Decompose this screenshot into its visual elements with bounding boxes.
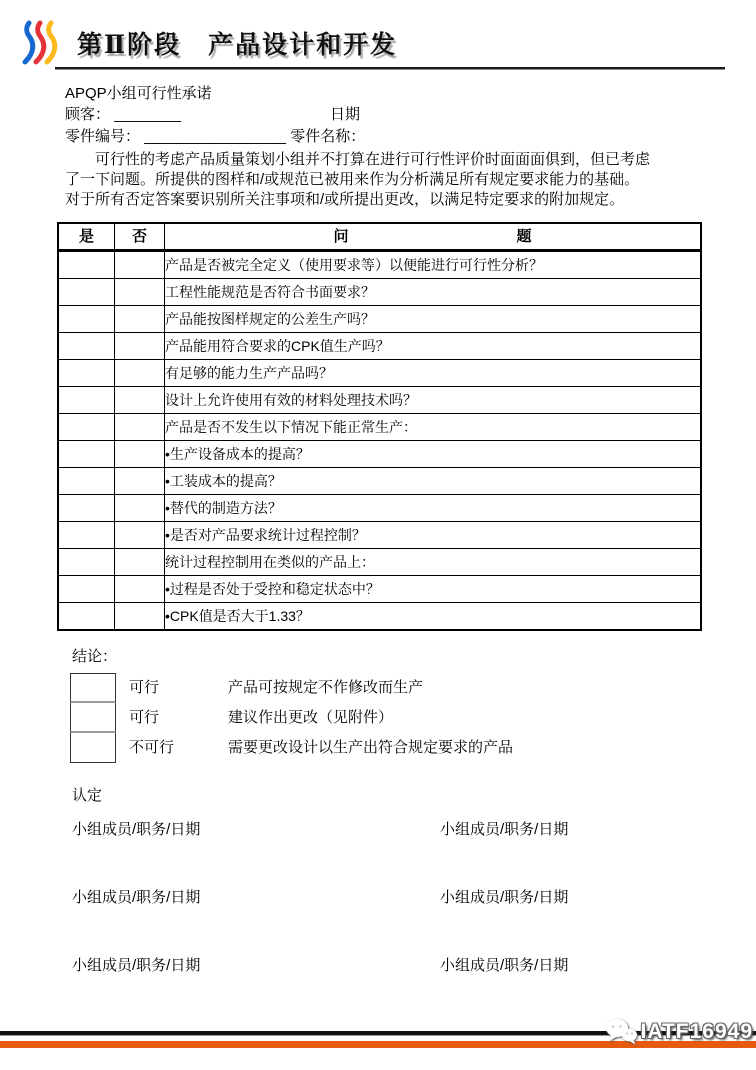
part-number-label: 零件编号： [65, 128, 140, 145]
header: 第Ⅱ阶段 产品设计和开发 [22, 20, 397, 66]
signature-field[interactable]: 小组成员/职务/日期 [65, 820, 440, 840]
no-cell[interactable] [115, 603, 165, 631]
question-text: 产品能按图样规定的公差生产吗？ [165, 306, 702, 333]
yes-cell[interactable] [58, 576, 115, 603]
page-title: 第Ⅱ阶段 产品设计和开发 [77, 25, 397, 61]
form-subtitle: APQP小组可行性承诺 [65, 84, 725, 104]
not-feasible-checkbox[interactable] [70, 733, 116, 763]
option-label: 可行 [116, 678, 228, 698]
yes-cell[interactable] [58, 603, 115, 631]
question-text: •CPK值是否大于1.33？ [165, 603, 702, 631]
question-text: 工程性能规范是否符合书面要求？ [165, 279, 702, 306]
feasibility-checklist-table: 是 否 问 题 产品是否被完全定义（使用要求等）以便能进行可行性分析？ 工程性能… [57, 222, 702, 631]
option-description: 建议作出更改（见附件） [228, 708, 393, 728]
conclusion-options: 可行 产品可按规定不作修改而生产 可行 建议作出更改（见附件） 不可行 需要更改… [70, 673, 725, 763]
no-cell[interactable] [115, 468, 165, 495]
question-header-left: 问 [333, 227, 348, 247]
intro-line-3: 对于所有否定答案要识别所关注事项和/或所提出更改，以满足特定要求的附加规定。 [65, 190, 725, 210]
yes-cell[interactable] [58, 387, 115, 414]
no-cell[interactable] [115, 306, 165, 333]
no-cell[interactable] [115, 549, 165, 576]
conclusion-option: 可行 建议作出更改（见附件） [70, 703, 725, 733]
option-label: 不可行 [116, 738, 228, 758]
signature-row: 小组成员/职务/日期 小组成员/职务/日期 [65, 956, 725, 976]
question-text: 统计过程控制用在类似的产品上： [165, 549, 702, 576]
no-cell[interactable] [115, 414, 165, 441]
date-label: 日期 [330, 104, 360, 126]
yes-cell[interactable] [58, 468, 115, 495]
table-row: 工程性能规范是否符合书面要求？ [58, 279, 701, 306]
question-text: •工装成本的提高？ [165, 468, 702, 495]
signature-row: 小组成员/职务/日期 小组成员/职务/日期 [65, 888, 725, 908]
no-cell[interactable] [115, 495, 165, 522]
table-row: •CPK值是否大于1.33？ [58, 603, 701, 631]
signature-row: 小组成员/职务/日期 小组成员/职务/日期 [65, 820, 725, 840]
yes-cell[interactable] [58, 441, 115, 468]
question-text: 产品是否被完全定义（使用要求等）以便能进行可行性分析？ [165, 251, 702, 279]
feasible-checkbox[interactable] [70, 673, 116, 703]
table-header-row: 是 否 问 题 [58, 223, 701, 251]
option-description: 产品可按规定不作修改而生产 [228, 678, 423, 698]
question-header-right: 题 [517, 227, 532, 247]
table-row: 产品是否被完全定义（使用要求等）以便能进行可行性分析？ [58, 251, 701, 279]
intro-line-1: 可行性的考虑产品质量策划小组并不打算在进行可行性评价时面面面俱到，但已考虑 [65, 150, 725, 170]
table-row: 有足够的能力生产产品吗？ [58, 360, 701, 387]
question-column-header: 问 题 [165, 223, 702, 251]
yes-cell[interactable] [58, 549, 115, 576]
signature-field[interactable]: 小组成员/职务/日期 [65, 888, 440, 908]
table-row: 统计过程控制用在类似的产品上： [58, 549, 701, 576]
part-number-blank-field[interactable]: _________________ [144, 128, 286, 145]
question-text: •生产设备成本的提高？ [165, 441, 702, 468]
signature-field[interactable]: 小组成员/职务/日期 [440, 888, 568, 908]
no-cell[interactable] [115, 522, 165, 549]
yes-cell[interactable] [58, 495, 115, 522]
intro-line-2: 了一下问题。所提供的图样和/或规范已被用来作为分析满足所有规定要求能力的基础。 [65, 170, 725, 190]
part-name-label: 零件名称： [290, 128, 365, 145]
table-row: 设计上允许使用有效的材料处理技术吗？ [58, 387, 701, 414]
question-text: •是否对产品要求统计过程控制？ [165, 522, 702, 549]
yes-cell[interactable] [58, 522, 115, 549]
table-row: •替代的制造方法？ [58, 495, 701, 522]
yes-cell[interactable] [58, 251, 115, 279]
wechat-icon [604, 1017, 638, 1046]
question-text: 产品能用符合要求的CPK值生产吗？ [165, 333, 702, 360]
no-cell[interactable] [115, 576, 165, 603]
customer-label: 顾客： [65, 106, 110, 123]
conclusion-option: 不可行 需要更改设计以生产出符合规定要求的产品 [70, 733, 725, 763]
yes-cell[interactable] [58, 306, 115, 333]
certification-label: 认定 [72, 786, 725, 806]
customer-blank-field[interactable]: ________ [114, 106, 181, 123]
watermark-text: IATF16949 [641, 1020, 754, 1044]
yes-cell[interactable] [58, 279, 115, 306]
question-text: •替代的制造方法？ [165, 495, 702, 522]
no-cell[interactable] [115, 333, 165, 360]
signature-field[interactable]: 小组成员/职务/日期 [440, 956, 568, 976]
option-description: 需要更改设计以生产出符合规定要求的产品 [228, 738, 513, 758]
no-cell[interactable] [115, 387, 165, 414]
conclusion-option: 可行 产品可按规定不作修改而生产 [70, 673, 725, 703]
brand-logo-icon [22, 20, 62, 66]
header-divider [55, 67, 725, 69]
no-cell[interactable] [115, 441, 165, 468]
option-label: 可行 [116, 708, 228, 728]
conclusion-label: 结论： [72, 647, 725, 667]
table-row: 产品是否不发生以下情况下能正常生产： [58, 414, 701, 441]
yes-cell[interactable] [58, 414, 115, 441]
table-row: •生产设备成本的提高？ [58, 441, 701, 468]
table-row: 产品能用符合要求的CPK值生产吗？ [58, 333, 701, 360]
signature-field[interactable]: 小组成员/职务/日期 [65, 956, 440, 976]
yes-cell[interactable] [58, 333, 115, 360]
table-row: •是否对产品要求统计过程控制？ [58, 522, 701, 549]
customer-line: 顾客： ________ 日期 [65, 104, 725, 126]
intro-paragraph: 可行性的考虑产品质量策划小组并不打算在进行可行性评价时面面面俱到，但已考虑 了一… [65, 150, 725, 210]
yes-column-header: 是 [58, 223, 115, 251]
no-cell[interactable] [115, 251, 165, 279]
yes-cell[interactable] [58, 360, 115, 387]
question-text: 产品是否不发生以下情况下能正常生产： [165, 414, 702, 441]
no-cell[interactable] [115, 279, 165, 306]
feasible-with-changes-checkbox[interactable] [70, 703, 116, 733]
watermark: IATF16949 [604, 1017, 754, 1046]
no-cell[interactable] [115, 360, 165, 387]
table-row: •工装成本的提高？ [58, 468, 701, 495]
document-body: APQP小组可行性承诺 顾客： ________ 日期 零件编号： ______… [65, 84, 725, 976]
table-row: •过程是否处于受控和稳定状态中？ [58, 576, 701, 603]
no-column-header: 否 [115, 223, 165, 251]
question-text: 设计上允许使用有效的材料处理技术吗？ [165, 387, 702, 414]
table-row: 产品能按图样规定的公差生产吗？ [58, 306, 701, 333]
signature-field[interactable]: 小组成员/职务/日期 [440, 820, 568, 840]
part-line: 零件编号： _________________ 零件名称： [65, 126, 725, 148]
question-text: 有足够的能力生产产品吗？ [165, 360, 702, 387]
question-text: •过程是否处于受控和稳定状态中？ [165, 576, 702, 603]
